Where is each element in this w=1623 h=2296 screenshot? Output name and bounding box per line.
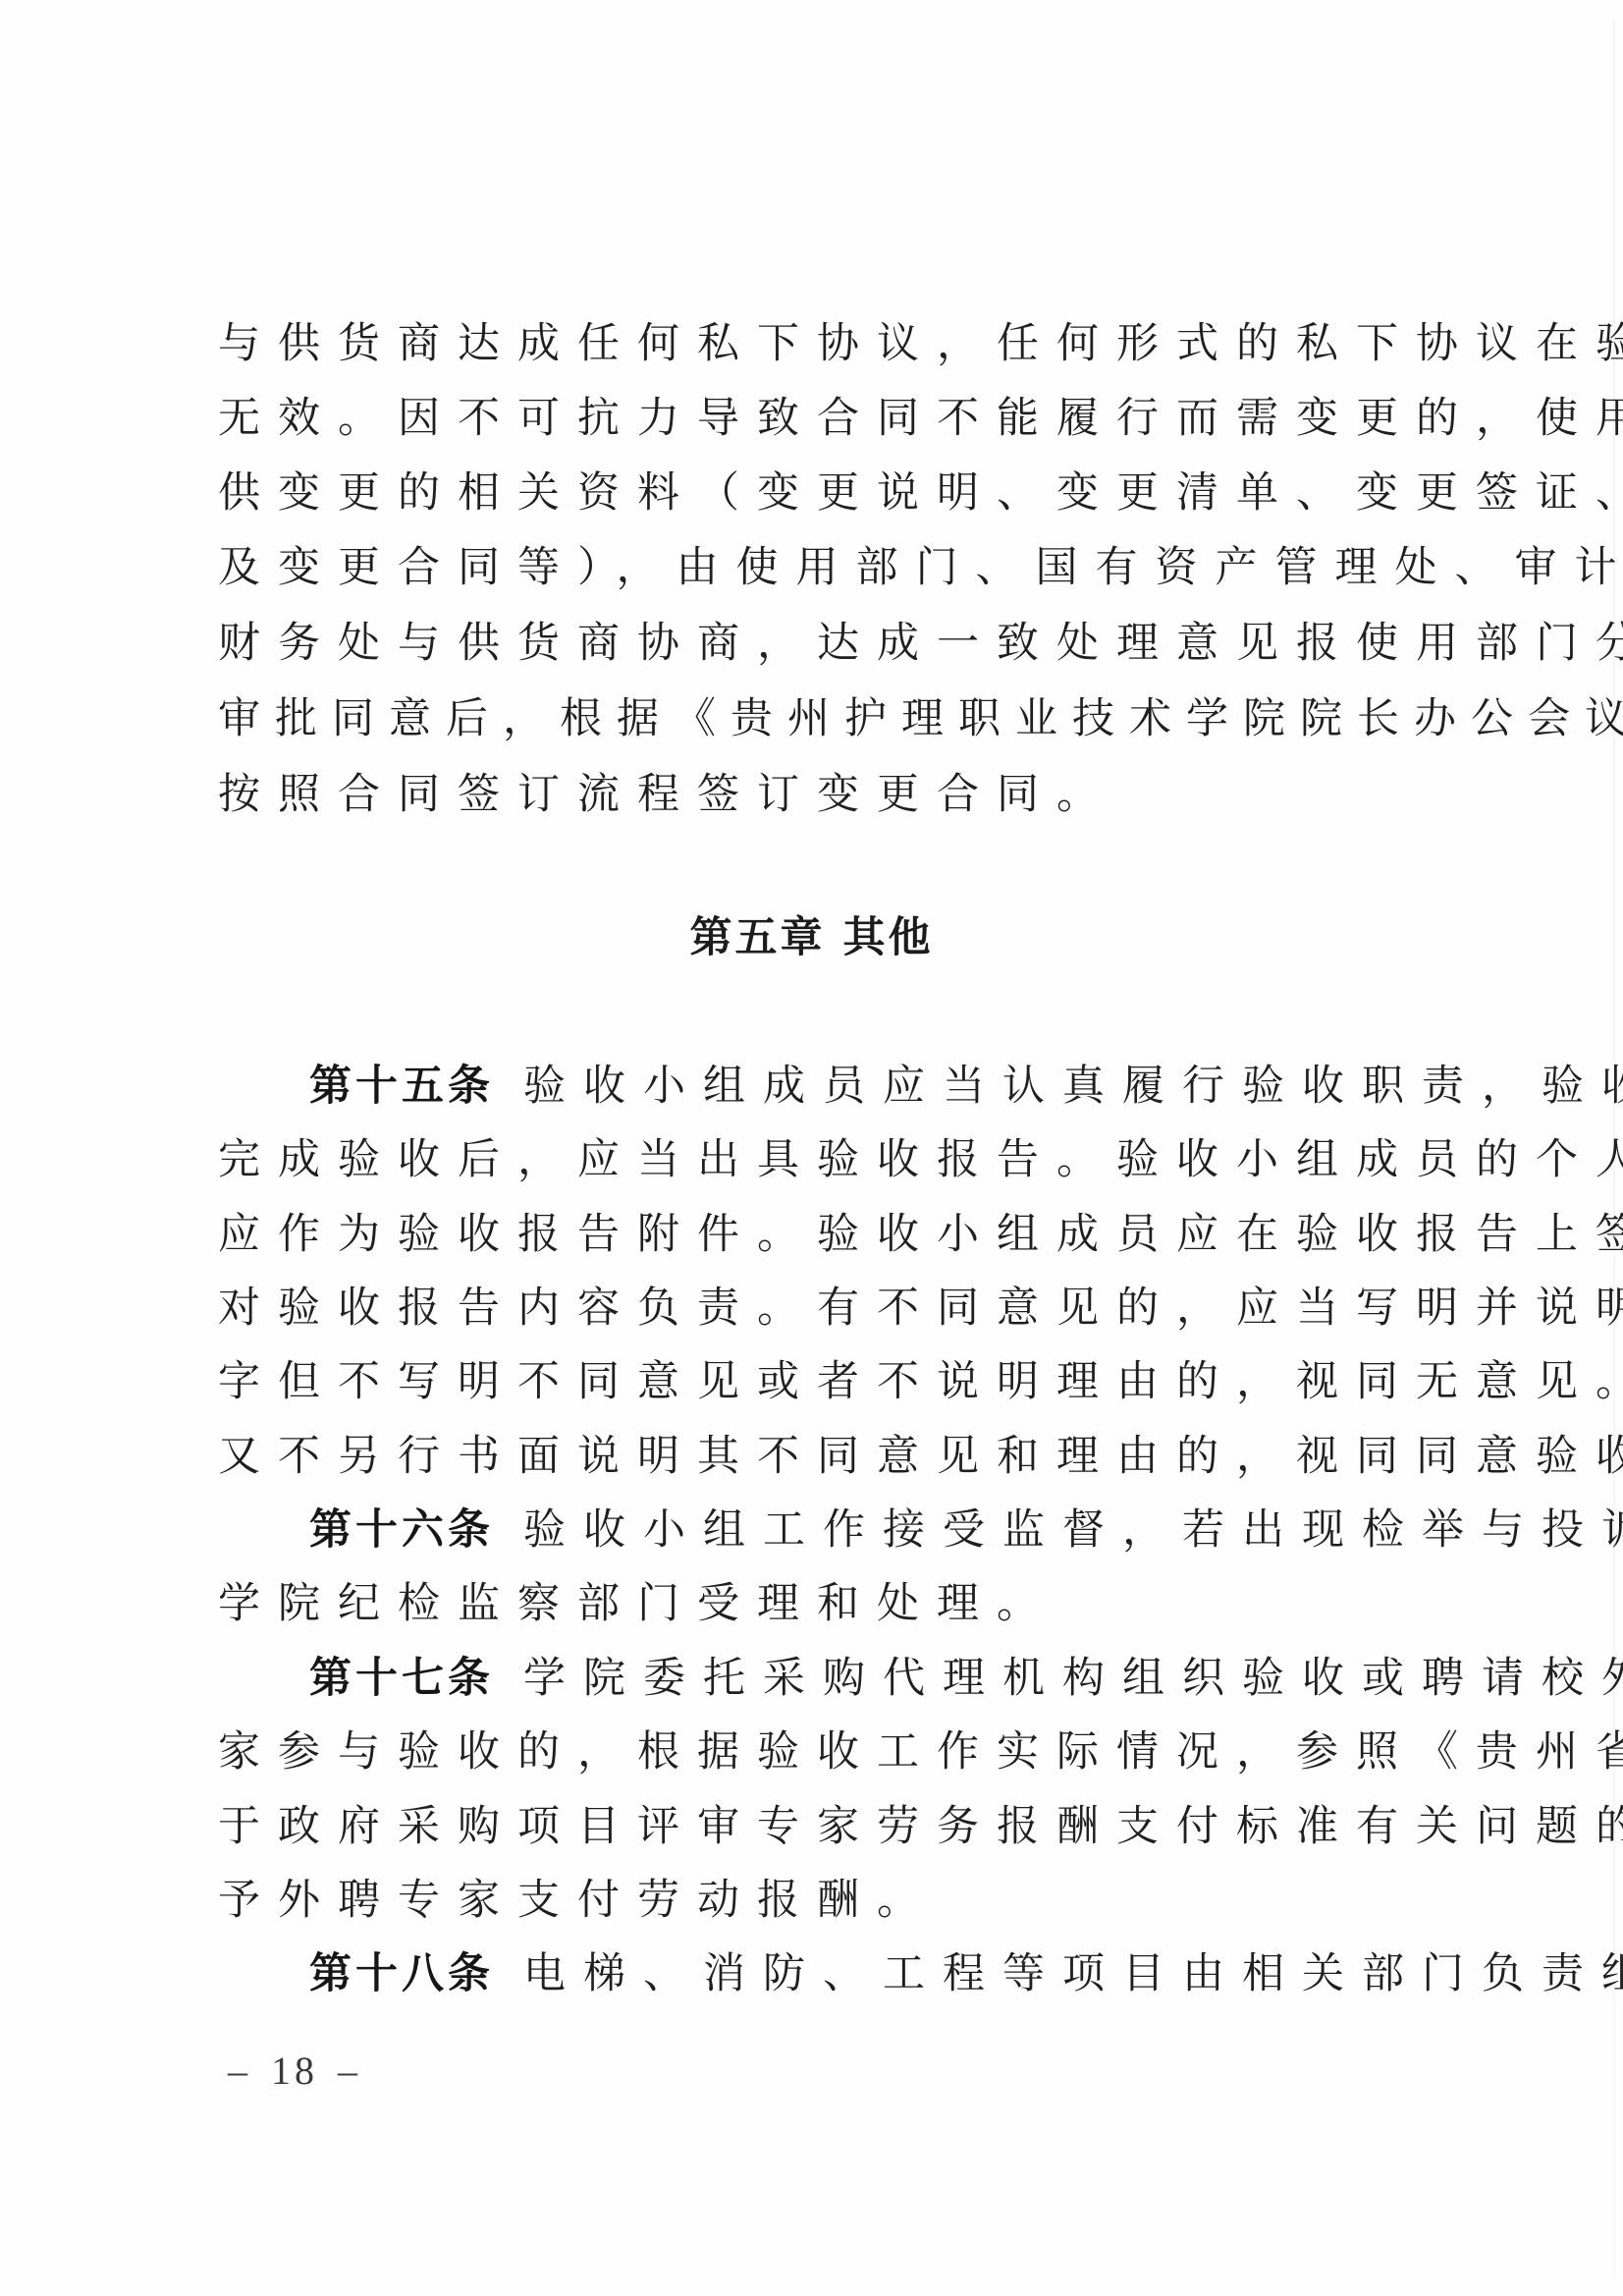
paragraph-line: 学院纪检监察部门受理和处理。 bbox=[218, 1566, 1435, 1641]
paragraph-line: 家参与验收的，根据验收工作实际情况，参照《贵州省财政厅关 bbox=[218, 1715, 1435, 1789]
paragraph-line: 与供货商达成任何私下协议，任何形式的私下协议在验收时视为 bbox=[218, 306, 1435, 381]
article-text: 电梯、消防、工程等项目由相关部门负责组织， bbox=[523, 1949, 1623, 1998]
paragraph-line: 及变更合同等），由使用部门、国有资产管理处、审计处、规划 bbox=[218, 530, 1435, 605]
article-label: 第十六条 bbox=[309, 1505, 494, 1555]
article-text: 验收小组工作接受监督，若出现检举与投诉，由 bbox=[523, 1505, 1623, 1555]
paragraph-line: 按照合同签订流程签订变更合同。 bbox=[218, 757, 1435, 832]
paragraph-line: 字但不写明不同意见或者不说明理由的，视同无意见。拒不签字 bbox=[218, 1344, 1435, 1419]
paragraph-line: 供变更的相关资料（变更说明、变更清单、变更签证、会议纪要 bbox=[218, 456, 1435, 530]
article-label: 第十八条 bbox=[309, 1949, 494, 1998]
article-18-first-line: 第十八条电梯、消防、工程等项目由相关部门负责组织， bbox=[309, 1937, 1438, 2011]
article-text: 验收小组成员应当认真履行验收职责，验收小组 bbox=[523, 1062, 1623, 1111]
paragraph-line: 对验收报告内容负责。有不同意见的，应当写明并说明理由。签 bbox=[218, 1271, 1435, 1345]
paragraph-line: 应作为验收报告附件。验收小组成员应在验收报告上签字确认， bbox=[218, 1197, 1435, 1272]
chapter-heading: 第五章 其他 bbox=[0, 901, 1623, 975]
paragraph-line: 予外聘专家支付劳动报酬。 bbox=[218, 1863, 1435, 1938]
paragraph-line: 审批同意后，根据《贵州护理职业技术学院院长办公会议事规则》， bbox=[218, 682, 1435, 756]
article-15-first-line: 第十五条验收小组成员应当认真履行验收职责，验收小组 bbox=[309, 1049, 1438, 1123]
paragraph-line: 财务处与供货商协商，达成一致处理意见报使用部门分管院领导 bbox=[218, 606, 1435, 681]
page-number: – 18 – bbox=[228, 2048, 361, 2094]
document-page: 与供货商达成任何私下协议，任何形式的私下协议在验收时视为 无效。因不可抗力导致合… bbox=[0, 0, 1623, 2296]
paragraph-line: 于政府采购项目评审专家劳务报酬支付标准有关问题的通知》给 bbox=[218, 1789, 1435, 1864]
article-17-first-line: 第十七条学院委托采购代理机构组织验收或聘请校外专 bbox=[309, 1641, 1438, 1716]
paragraph-line: 又不另行书面说明其不同意见和理由的，视同同意验收结果。 bbox=[218, 1419, 1435, 1494]
article-text: 学院委托采购代理机构组织验收或聘请校外专 bbox=[523, 1654, 1623, 1703]
article-16-first-line: 第十六条验收小组工作接受监督，若出现检举与投诉，由 bbox=[309, 1493, 1438, 1567]
article-label: 第十七条 bbox=[309, 1654, 494, 1703]
article-label: 第十五条 bbox=[309, 1062, 494, 1111]
paragraph-line: 完成验收后，应当出具验收报告。验收小组成员的个人验收记录 bbox=[218, 1122, 1435, 1197]
paragraph-line: 无效。因不可抗力导致合同不能履行而需变更的，使用部门需提 bbox=[218, 381, 1435, 456]
